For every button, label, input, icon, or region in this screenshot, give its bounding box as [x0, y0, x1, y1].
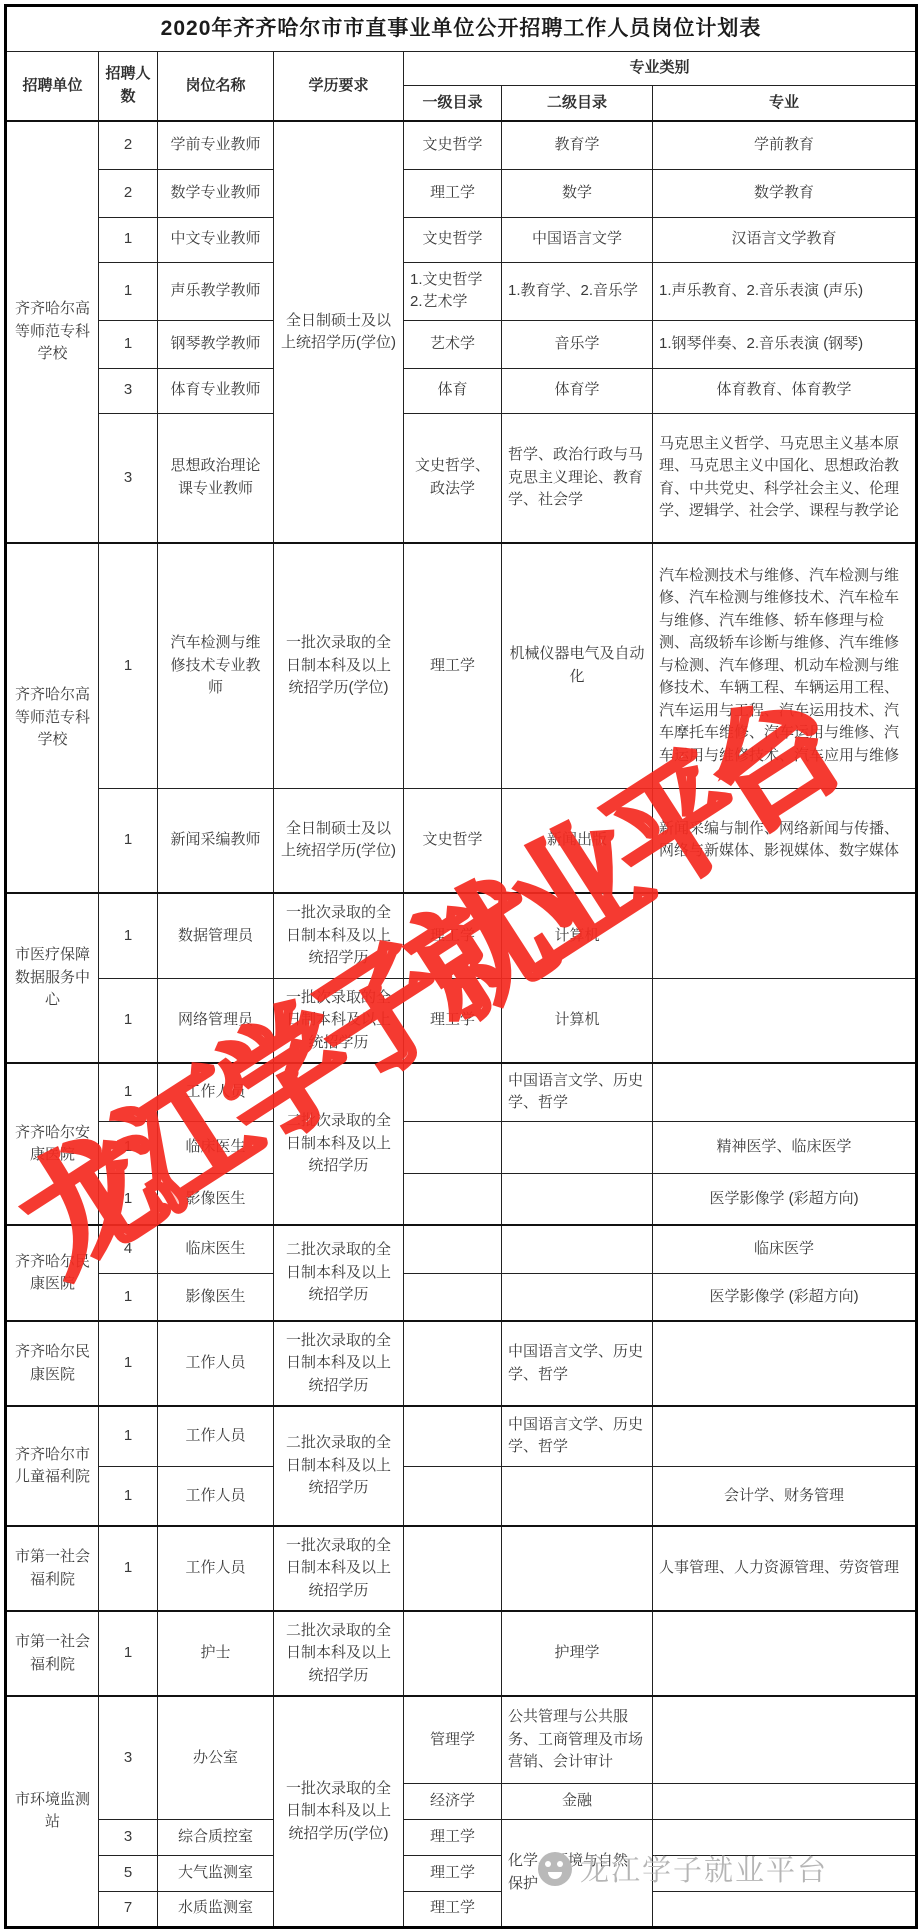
table-row: 齐齐哈尔安康医院 1 工作人员 二批次录取的全日制本科及以上统招学历 中国语言文… — [6, 1063, 917, 1121]
table-row: 1 影像医生 医学影像学 (彩超方向) — [6, 1273, 917, 1321]
major-cell — [653, 1406, 917, 1466]
position-cell: 数学专业教师 — [158, 169, 274, 217]
count-cell: 3 — [99, 413, 158, 543]
position-cell: 数据管理员 — [158, 893, 274, 978]
table-row: 市医疗保障数据服务中心 1 数据管理员 一批次录取的全日制本科及以上统招学历 理… — [6, 893, 917, 978]
category1-cell: 文史哲学 — [404, 788, 502, 893]
count-cell: 1 — [99, 1273, 158, 1321]
major-cell — [653, 1783, 917, 1819]
category1-cell: 理工学 — [404, 893, 502, 978]
major-cell: 人事管理、人力资源管理、劳资管理 — [653, 1526, 917, 1611]
education-cell: 二批次录取的全日制本科及以上统招学历 — [274, 1611, 404, 1696]
recruitment-table: 2020年齐齐哈尔市市直事业单位公开招聘工作人员岗位计划表 招聘单位 招聘人数 … — [4, 4, 918, 1929]
count-cell: 2 — [99, 121, 158, 169]
count-cell: 1 — [99, 1173, 158, 1225]
category2-cell — [502, 1526, 653, 1611]
position-cell: 综合质控室 — [158, 1819, 274, 1855]
position-cell: 新闻采编教师 — [158, 788, 274, 893]
header-count: 招聘人数 — [99, 51, 158, 121]
count-cell: 1 — [99, 217, 158, 262]
table-row: 1 网络管理员 一批次录取的全日制本科及以上统招学历 理工学 计算机 — [6, 978, 917, 1063]
table-title: 2020年齐齐哈尔市市直事业单位公开招聘工作人员岗位计划表 — [6, 6, 917, 52]
header-unit: 招聘单位 — [6, 51, 99, 121]
position-cell: 声乐教学教师 — [158, 262, 274, 320]
position-cell: 思想政治理论课专业教师 — [158, 413, 274, 543]
category1-cell: 管理学 — [404, 1696, 502, 1783]
category2-cell — [502, 1225, 653, 1273]
education-cell: 一批次录取的全日制本科及以上统招学历 — [274, 1526, 404, 1611]
category1-cell: 理工学 — [404, 1891, 502, 1927]
education-cell: 二批次录取的全日制本科及以上统招学历 — [274, 1406, 404, 1526]
table-row: 齐齐哈尔民康医院 4 临床医生 二批次录取的全日制本科及以上统招学历 临床医学 — [6, 1225, 917, 1273]
major-cell: 医学影像学 (彩超方向) — [653, 1273, 917, 1321]
position-cell: 工作人员 — [158, 1406, 274, 1466]
category1-cell — [404, 1526, 502, 1611]
major-cell: 汉语言文学教育 — [653, 217, 917, 262]
category2-cell: 中国语言文学、历史学、哲学 — [502, 1063, 653, 1121]
table-row: 7 水质监测室 理工学 — [6, 1891, 917, 1927]
table-row: 齐齐哈尔高等师范专科学校 2 学前专业教师 全日制硕士及以上统招学历(学位) 文… — [6, 121, 917, 169]
category2-cell: 教育学 — [502, 121, 653, 169]
count-cell: 2 — [99, 169, 158, 217]
position-cell: 钢琴教学教师 — [158, 320, 274, 368]
table-row: 3 体育专业教师 体育 体育学 体育教育、体育教学 — [6, 368, 917, 413]
position-cell: 网络管理员 — [158, 978, 274, 1063]
platform-logo-icon — [538, 1852, 572, 1886]
category1-cell — [404, 1611, 502, 1696]
position-cell: 工作人员 — [158, 1063, 274, 1121]
major-cell: 学前教育 — [653, 121, 917, 169]
unit-cell: 齐齐哈尔民康医院 — [6, 1225, 99, 1321]
count-cell: 1 — [99, 893, 158, 978]
major-cell — [653, 893, 917, 978]
category2-cell: 中国语言文学、历史学、哲学 — [502, 1321, 653, 1406]
count-cell: 1 — [99, 1466, 158, 1526]
category2-cell: 计算机 — [502, 978, 653, 1063]
category1-cell — [404, 1173, 502, 1225]
unit-cell: 市医疗保障数据服务中心 — [6, 893, 99, 1063]
count-cell: 4 — [99, 1225, 158, 1273]
category2-cell: 哲学、政治行政与马克思主义理论、教育学、社会学 — [502, 413, 653, 543]
category1-cell — [404, 1121, 502, 1173]
count-cell: 5 — [99, 1855, 158, 1891]
major-cell — [653, 1891, 917, 1927]
education-cell: 二批次录取的全日制本科及以上统招学历 — [274, 1063, 404, 1225]
category1-cell: 理工学 — [404, 1855, 502, 1891]
category2-cell — [502, 1121, 653, 1173]
table-row: 1 影像医生 医学影像学 (彩超方向) — [6, 1173, 917, 1225]
major-cell: 1.声乐教育、2.音乐表演 (声乐) — [653, 262, 917, 320]
major-cell: 会计学、财务管理 — [653, 1466, 917, 1526]
count-cell: 1 — [99, 262, 158, 320]
position-cell: 水质监测室 — [158, 1891, 274, 1927]
unit-cell: 齐齐哈尔高等师范专科学校 — [6, 543, 99, 893]
category2-cell: 计算机 — [502, 893, 653, 978]
category1-cell: 文史哲学、政法学 — [404, 413, 502, 543]
category1-cell — [404, 1406, 502, 1466]
education-cell: 全日制硕士及以上统招学历(学位) — [274, 788, 404, 893]
count-cell: 1 — [99, 1611, 158, 1696]
count-cell: 3 — [99, 368, 158, 413]
major-cell — [653, 1321, 917, 1406]
unit-cell: 市环境监测站 — [6, 1696, 99, 1927]
table-row: 齐齐哈尔高等师范专科学校 1 汽车检测与维修技术专业教师 一批次录取的全日制本科… — [6, 543, 917, 788]
education-cell: 一批次录取的全日制本科及以上统招学历 — [274, 1321, 404, 1406]
header-major: 专业 — [653, 85, 917, 121]
category2-cell: 护理学 — [502, 1611, 653, 1696]
table-row: 2 数学专业教师 理工学 数学 数学教育 — [6, 169, 917, 217]
count-cell: 1 — [99, 1121, 158, 1173]
count-cell: 1 — [99, 320, 158, 368]
category1-cell — [404, 1063, 502, 1121]
position-cell: 学前专业教师 — [158, 121, 274, 169]
major-cell: 医学影像学 (彩超方向) — [653, 1173, 917, 1225]
position-cell: 大气监测室 — [158, 1855, 274, 1891]
position-cell: 中文专业教师 — [158, 217, 274, 262]
category1-cell — [404, 1466, 502, 1526]
unit-cell: 市第一社会福利院 — [6, 1611, 99, 1696]
category2-cell: 数学 — [502, 169, 653, 217]
category2-cell: 中国语言文学、历史学、哲学 — [502, 1406, 653, 1466]
category2-cell: 中国语言文学 — [502, 217, 653, 262]
category2-cell: 音乐学 — [502, 320, 653, 368]
unit-cell: 市第一社会福利院 — [6, 1526, 99, 1611]
header-category-group: 专业类别 — [404, 51, 917, 85]
category2-cell: 公共管理与公共服务、工商管理及市场营销、会计审计 — [502, 1696, 653, 1783]
unit-cell: 齐齐哈尔高等师范专科学校 — [6, 121, 99, 543]
count-cell: 1 — [99, 1063, 158, 1121]
header-position: 岗位名称 — [158, 51, 274, 121]
count-cell: 1 — [99, 978, 158, 1063]
category2-cell — [502, 1273, 653, 1321]
category2-cell — [502, 1466, 653, 1526]
category1-cell: 1.文史哲学 2.艺术学 — [404, 262, 502, 320]
category2-cell — [502, 1173, 653, 1225]
table-row: 1 声乐教学教师 1.文史哲学 2.艺术学 1.教育学、2.音乐学 1.声乐教育… — [6, 262, 917, 320]
position-cell: 工作人员 — [158, 1526, 274, 1611]
position-cell: 工作人员 — [158, 1321, 274, 1406]
category2-cell: 机械仪器电气及自动化 — [502, 543, 653, 788]
table-row: 市第一社会福利院 1 工作人员 一批次录取的全日制本科及以上统招学历 人事管理、… — [6, 1526, 917, 1611]
count-cell: 1 — [99, 788, 158, 893]
major-cell: 数学教育 — [653, 169, 917, 217]
count-cell: 3 — [99, 1819, 158, 1855]
table-row: 1 中文专业教师 文史哲学 中国语言文学 汉语言文学教育 — [6, 217, 917, 262]
category1-cell: 理工学 — [404, 169, 502, 217]
count-cell: 1 — [99, 1406, 158, 1466]
major-cell: 1.钢琴伴奏、2.音乐表演 (钢琴) — [653, 320, 917, 368]
category2-cell: 金融 — [502, 1783, 653, 1819]
table-row: 1 工作人员 会计学、财务管理 — [6, 1466, 917, 1526]
position-cell: 汽车检测与维修技术专业教师 — [158, 543, 274, 788]
table-row: 市第一社会福利院 1 护士 二批次录取的全日制本科及以上统招学历 护理学 — [6, 1611, 917, 1696]
major-cell: 体育教育、体育教学 — [653, 368, 917, 413]
table-row: 1 新闻采编教师 全日制硕士及以上统招学历(学位) 文史哲学 新闻出版 新闻采编… — [6, 788, 917, 893]
position-cell: 体育专业教师 — [158, 368, 274, 413]
education-cell: 一批次录取的全日制本科及以上统招学历 — [274, 978, 404, 1063]
table-row: 1 临床医生 精神医学、临床医学 — [6, 1121, 917, 1173]
category1-cell: 文史哲学 — [404, 217, 502, 262]
category1-cell: 艺术学 — [404, 320, 502, 368]
category2-cell: 新闻出版 — [502, 788, 653, 893]
major-cell — [653, 1611, 917, 1696]
position-cell: 影像医生 — [158, 1173, 274, 1225]
major-cell — [653, 1063, 917, 1121]
category1-cell — [404, 1225, 502, 1273]
unit-cell: 齐齐哈尔民康医院 — [6, 1321, 99, 1406]
count-cell: 1 — [99, 1526, 158, 1611]
position-cell: 工作人员 — [158, 1466, 274, 1526]
unit-cell: 齐齐哈尔安康医院 — [6, 1063, 99, 1225]
major-cell — [653, 978, 917, 1063]
category1-cell: 理工学 — [404, 543, 502, 788]
count-cell: 3 — [99, 1696, 158, 1819]
category2-cell: 1.教育学、2.音乐学 — [502, 262, 653, 320]
education-cell: 一批次录取的全日制本科及以上统招学历 — [274, 893, 404, 978]
position-cell: 办公室 — [158, 1696, 274, 1819]
education-cell: 一批次录取的全日制本科及以上统招学历(学位) — [274, 1696, 404, 1927]
count-cell: 1 — [99, 1321, 158, 1406]
table-row: 3 思想政治理论课专业教师 文史哲学、政法学 哲学、政治行政与马克思主义理论、教… — [6, 413, 917, 543]
major-cell: 新闻采编与制作、网络新闻与传播、网络与新媒体、影视媒体、数字媒体 — [653, 788, 917, 893]
recruitment-plan-page: 2020年齐齐哈尔市市直事业单位公开招聘工作人员岗位计划表 招聘单位 招聘人数 … — [0, 0, 920, 1931]
table-row: 齐齐哈尔市儿童福利院 1 工作人员 二批次录取的全日制本科及以上统招学历 中国语… — [6, 1406, 917, 1466]
table-row: 齐齐哈尔民康医院 1 工作人员 一批次录取的全日制本科及以上统招学历 中国语言文… — [6, 1321, 917, 1406]
table-row: 市环境监测站 3 办公室 一批次录取的全日制本科及以上统招学历(学位) 管理学 … — [6, 1696, 917, 1783]
category1-cell — [404, 1321, 502, 1406]
position-cell: 影像医生 — [158, 1273, 274, 1321]
category2-cell: 体育学 — [502, 368, 653, 413]
major-cell: 临床医学 — [653, 1225, 917, 1273]
category1-cell: 理工学 — [404, 1819, 502, 1855]
category1-cell: 文史哲学 — [404, 121, 502, 169]
major-cell: 马克思主义哲学、马克思主义基本原理、马克思主义中国化、思想政治教育、中共党史、科… — [653, 413, 917, 543]
header-education: 学历要求 — [274, 51, 404, 121]
position-cell: 护士 — [158, 1611, 274, 1696]
position-cell: 临床医生 — [158, 1225, 274, 1273]
footer-logo: 龙江学子就业平台 — [538, 1848, 828, 1889]
header-cat1: 一级目录 — [404, 85, 502, 121]
category1-cell: 理工学 — [404, 978, 502, 1063]
count-cell: 7 — [99, 1891, 158, 1927]
table-row: 1 钢琴教学教师 艺术学 音乐学 1.钢琴伴奏、2.音乐表演 (钢琴) — [6, 320, 917, 368]
category1-cell — [404, 1273, 502, 1321]
count-cell: 1 — [99, 543, 158, 788]
major-cell — [653, 1696, 917, 1783]
major-cell: 汽车检测技术与维修、汽车检测与维修、汽车检测与维修技术、汽车检车与维修、汽车维修… — [653, 543, 917, 788]
position-cell: 临床医生 — [158, 1121, 274, 1173]
unit-cell: 齐齐哈尔市儿童福利院 — [6, 1406, 99, 1526]
education-cell: 二批次录取的全日制本科及以上统招学历 — [274, 1225, 404, 1321]
major-cell: 精神医学、临床医学 — [653, 1121, 917, 1173]
education-cell: 一批次录取的全日制本科及以上统招学历(学位) — [274, 543, 404, 788]
platform-logo-text: 龙江学子就业平台 — [580, 1848, 828, 1889]
education-cell: 全日制硕士及以上统招学历(学位) — [274, 121, 404, 543]
category1-cell: 体育 — [404, 368, 502, 413]
header-cat2: 二级目录 — [502, 85, 653, 121]
category1-cell: 经济学 — [404, 1783, 502, 1819]
